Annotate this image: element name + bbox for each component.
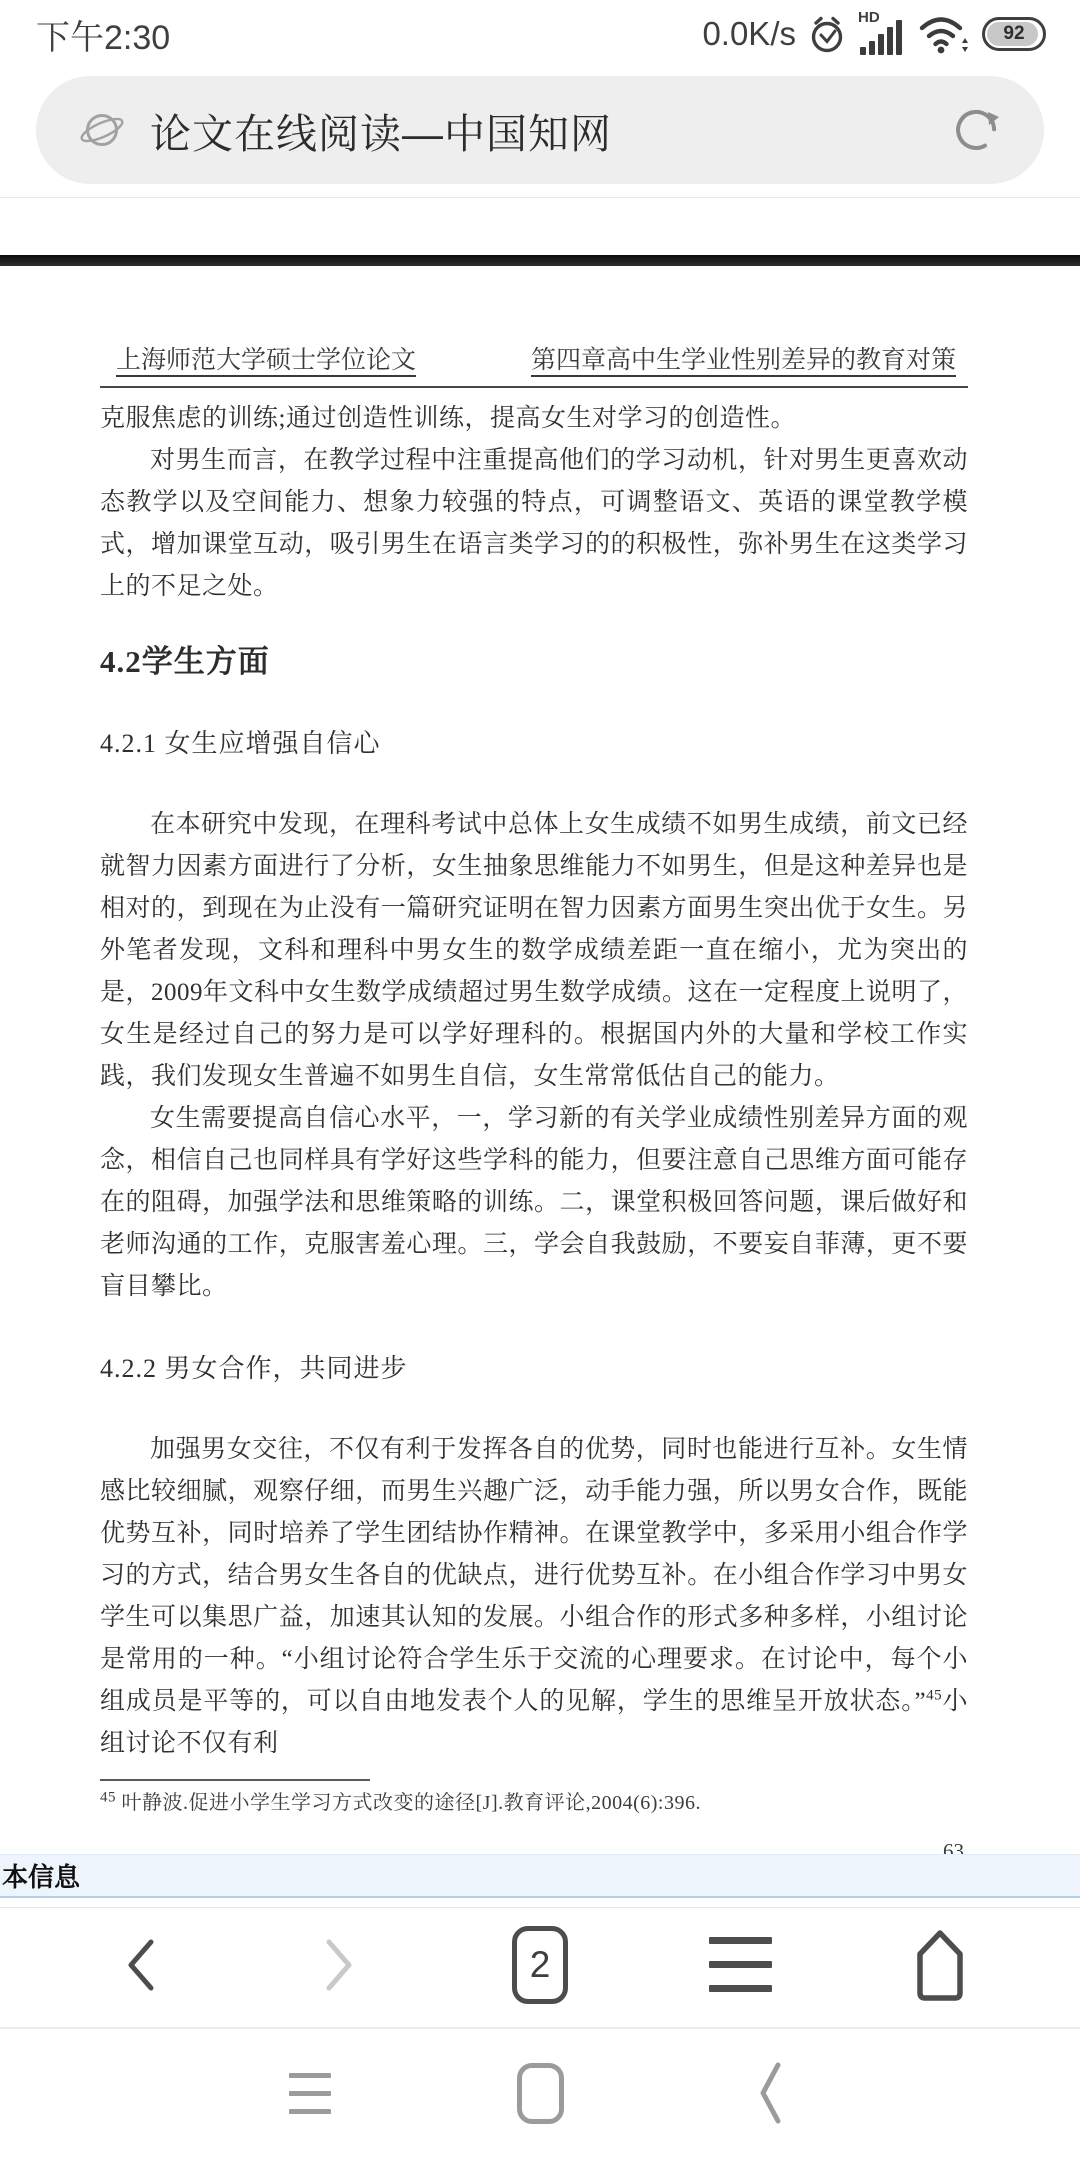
paragraph-girls-confidence-1: 在本研究中发现，在理科考试中总体上女生成绩不如男生成绩，前文已经就智力因素方面进… xyxy=(100,804,968,1098)
paragraph-continuation-line: 克服焦虑的训练;通过创造性训练，提高女生对学习的创造性。 xyxy=(100,398,968,440)
forward-button-disabled[interactable] xyxy=(300,1920,380,2010)
info-bar-label: 本信息 xyxy=(2,1857,80,1894)
document-page[interactable]: 上海师范大学硕士学位论文 第四章高中生学业性别差异的教育对策 克服焦虑的训练;通… xyxy=(0,266,1080,1854)
header-left-text: 上海师范大学硕士学位论文 xyxy=(116,340,416,376)
status-time: 下午2:30 xyxy=(36,10,170,59)
network-speed: 0.0K/s xyxy=(702,15,796,53)
hd-label: HD xyxy=(858,9,880,26)
section-heading-4-2-1: 4.2.1 女生应增强自信心 xyxy=(100,723,968,760)
android-navigation-bar xyxy=(0,2029,1080,2157)
site-globe-icon xyxy=(78,106,126,154)
footnote-citation: 叶静波.促进小学生学习方式改变的途径[J].教育评论,2004(6):396. xyxy=(122,1792,701,1814)
info-bar[interactable]: 本信息 xyxy=(0,1854,1080,1898)
menu-icon xyxy=(709,1937,772,1992)
home-button[interactable] xyxy=(900,1920,980,2010)
cell-signal-icon: HD xyxy=(858,12,906,58)
paragraph-boys-teaching: 对男生而言，在教学过程中注重提高他们的学习动机，针对男生更喜欢动态教学以及空间能… xyxy=(100,440,968,608)
info-bar-gap xyxy=(0,1898,1080,1907)
section-heading-4-2: 4.2学生方面 xyxy=(100,636,968,681)
wifi-icon xyxy=(918,13,970,55)
phone-screen: 下午2:30 0.0K/s HD xyxy=(0,0,1080,2160)
battery-percent: 92 xyxy=(985,20,1043,48)
tabs-button[interactable]: 2 xyxy=(500,1920,580,2010)
viewport-margin xyxy=(0,198,1080,255)
menu-button[interactable] xyxy=(700,1920,780,2010)
tab-count: 2 xyxy=(530,1944,551,1986)
battery-indicator: 92 xyxy=(982,17,1046,51)
recents-button[interactable] xyxy=(285,2058,335,2128)
footnote-text: 45 叶静波.促进小学生学习方式改变的途径[J].教育评论,2004(6):39… xyxy=(100,1789,968,1817)
paragraph-cooperation: 加强男女交往，不仅有利于发挥各自的优势，同时也能进行互补。女生情感比较细腻，观察… xyxy=(100,1429,968,1765)
footnote-separator xyxy=(100,1779,370,1781)
android-back-button[interactable] xyxy=(745,2058,795,2128)
recents-icon xyxy=(289,2073,331,2114)
alarm-icon xyxy=(808,14,846,54)
thesis-running-header: 上海师范大学硕士学位论文 第四章高中生学业性别差异的教育对策 xyxy=(100,340,968,388)
header-right-text: 第四章高中生学业性别差异的教育对策 xyxy=(531,340,956,376)
footnote-reference-45: 45 xyxy=(926,1688,942,1704)
tab-count-badge: 2 xyxy=(512,1926,568,2004)
pdf-page-top-edge xyxy=(0,255,1080,266)
status-icons: 0.0K/s HD xyxy=(702,10,1046,58)
browser-address-bar[interactable]: 论文在线阅读—中国知网 xyxy=(36,76,1044,184)
android-home-button[interactable] xyxy=(515,2058,565,2128)
cooperation-text: 加强男女交往，不仅有利于发挥各自的优势，同时也能进行互补。女生情感比较细腻，观察… xyxy=(100,1436,968,1715)
address-bar-row: 论文在线阅读—中国知网 xyxy=(0,62,1080,184)
page-number: 63 xyxy=(100,1839,968,1854)
page-title-in-address-bar: 论文在线阅读—中国知网 xyxy=(150,101,612,160)
browser-toolbar: 2 xyxy=(0,1908,1080,2029)
footnote-block: 45 叶静波.促进小学生学习方式改变的途径[J].教育评论,2004(6):39… xyxy=(100,1779,968,1817)
back-button[interactable] xyxy=(100,1920,180,2010)
footnote-number: 45 xyxy=(100,1789,116,1805)
section-heading-4-2-2: 4.2.2 男女合作，共同进步 xyxy=(100,1348,968,1385)
refresh-button[interactable] xyxy=(950,104,1002,156)
status-bar: 下午2:30 0.0K/s HD xyxy=(0,0,1080,62)
paragraph-girls-confidence-2: 女生需要提高自信心水平，一，学习新的有关学业成绩性别差异方面的观念，相信自己也同… xyxy=(100,1098,968,1308)
android-home-icon xyxy=(517,2063,564,2124)
